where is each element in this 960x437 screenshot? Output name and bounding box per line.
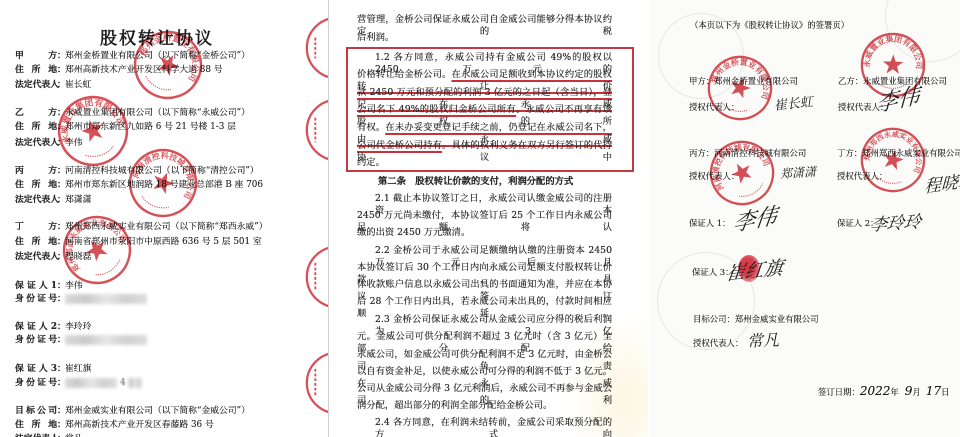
address-label: 住所地 [15, 64, 57, 76]
party-c-signature: 郑潇潇 [779, 164, 816, 182]
colon: ： [57, 194, 65, 206]
target-company-signatory: 目标公司：郑州金威实业有限公司 [693, 313, 819, 325]
clause-2-3-line: 永威公司，如金威公司可供分配利润不足 3 亿元时，由金桥公司负责 [357, 349, 612, 361]
guarantor-3-label: 保证人3 [15, 363, 57, 375]
clause-2-1-line: 2.1 截止本协议签订之日，永威公司认缴金威公司的注册资本 [375, 193, 612, 205]
clause-line: 后利润。 [357, 32, 612, 44]
party-d-row: 丁方：郑州郑西永威实业有限公司（以下简称“郑西永威”） [15, 221, 268, 233]
party-a-rep: 崔长虹 [65, 79, 91, 91]
colon: ： [57, 165, 65, 177]
colon: ： [57, 79, 65, 91]
guarantor-3-name: 崔红旗 [65, 363, 91, 375]
signing-date: 签订日期：2022年9月17日 [818, 385, 949, 398]
clause-2-1-line: 缴的出资 2450 万元缴清。 [357, 227, 612, 239]
party-a-rep-row: 法定代表人：崔长虹 [15, 79, 91, 91]
colon: ： [57, 363, 65, 375]
party-a-label: 甲方 [15, 50, 57, 62]
party-c-rep-row: 法定代表人：郑潇潇 [15, 194, 91, 206]
clause-2-3-line: 润分配，超出部分的利润全部分配给金桥公司。 [357, 400, 612, 412]
colon: ： [57, 377, 65, 389]
target-company-label: 目标公司 [15, 405, 57, 417]
rep-label: 法定代表人 [15, 433, 57, 437]
seam-seal-icon [304, 15, 329, 81]
redacted-id-number [65, 294, 147, 304]
redacted-id-number [65, 335, 147, 345]
clause-2-2-line: 后 28 个工作日内出具，若永威公司未出具的，付款时间相应顺延。 [357, 296, 612, 308]
party-a-label: 甲方 [689, 76, 706, 86]
rep-label: 法定代表人 [15, 251, 57, 263]
target-company-row: 目标公司：郑州金威实业有限公司（以下简称“金威公司”） [15, 405, 250, 417]
guarantor-1-label: 保证人1 [15, 280, 57, 292]
target-address: 郑州高新技术产业开发区春藤路 36 号 [65, 419, 214, 431]
clause-2-4-line: 2.4 各方同意，在利润未结转前，金威公司采取预分配的方式向 [375, 417, 612, 429]
seam-seal-icon [304, 97, 329, 163]
colon: ： [57, 419, 65, 431]
date-day: 17 [926, 384, 941, 398]
seam-seal-icon [304, 350, 329, 416]
clause-1-2-line: 款 2450 万元和预分配的利润 3 亿元的之日起（含当日），登记在永威 [357, 87, 612, 99]
clause-line: 营管理，金桥公司保证永威公司自金威公司能够分得本协议约定的税 [357, 14, 612, 26]
party-d-label: 丁方 [15, 221, 57, 233]
article-2-heading: 第二条 股权转让价款的支付，利润分配的方式 [378, 176, 573, 188]
signature-page: （本页以下为《股权转让协议》的签署页） 甲方：郑州金桥置业有限公司 乙方：永威置… [650, 0, 960, 437]
guarantor-3-signature: 崔红旗 [725, 257, 785, 285]
agreement-clause-page: 营管理，金桥公司保证永威公司自金威公司能够分得本协议约定的税 后利润。 1.2 … [330, 0, 648, 437]
clause-2-1-line: 2450 万元尚未缴付，本协议签订后 25 个工作日内永威公司足额将认 [357, 210, 612, 222]
clause-1-2-line: 价格转让给金桥公司。在永威公司足额收到本协议约定的股权转让价 [357, 69, 612, 81]
target-rep-row: 授权代表人： [693, 337, 743, 349]
colon: ： [57, 179, 65, 191]
underlined-text: 公司代金桥公司持有 [357, 140, 442, 151]
redacted-id-number [65, 378, 117, 388]
target-rep-row: 法定代表人：常凡 [15, 433, 83, 437]
party-a-signature: 崔长虹 [773, 95, 813, 115]
target-company-name: 郑州金威实业有限公司 [735, 314, 819, 324]
colon: ： [57, 50, 65, 62]
guarantor-1-id-row: 身份证号： [15, 293, 65, 305]
guarantor-2-id-row: 身份证号： [15, 334, 65, 346]
company-seal-icon: 郑州郑西永威实业有限公司 [852, 119, 934, 201]
clause-1-2-line: 公司代金桥公司持有。具体的权利义务在双方另行签订的代持协议中 [357, 140, 612, 152]
clause-2-2-line: 2.2 金桥公司于永威公司足额缴纳认缴的注册资本 2450 万元后且 [375, 245, 612, 257]
clause-1-2-line: 有权。在未办妥变更登记手续之前，仍登记在永威公司名下，由永威 [357, 122, 612, 134]
party-c-label: 丙方 [15, 165, 57, 177]
clause-2-3-line: 2.3 金桥公司保证永威公司从金威公司应分得的税后利润为 3 亿 [375, 314, 612, 326]
svg-text:河南清控科技城有限公司: 河南清控科技城有限公司 [699, 131, 772, 194]
clause-1-2-line: 公司名下 49%的股权归金桥公司所有。永威公司不再享有该股权的所 [357, 104, 612, 116]
target-rep-signature: 常凡 [747, 331, 780, 351]
party-c-rep: 郑潇潇 [65, 194, 91, 206]
party-b-label: 乙方 [838, 76, 855, 86]
seam-seal-icon [304, 244, 329, 310]
clause-2-3-line: 元。金威公司可供分配利润不超过 3 亿元时（含 3 亿元）全部分配给 [357, 331, 612, 343]
clause-1-2-line: 约定。 [357, 157, 612, 169]
guarantor-2-name: 李玲玲 [65, 321, 91, 333]
id-label: 身份证号 [15, 334, 57, 346]
rep-label: 法定代表人 [15, 137, 57, 149]
agreement-first-page: 股权转让协议 甲方：郑州金桥置业有限公司（以下简称“金桥公司”） 住所地：郑州高… [0, 0, 329, 437]
signature-page-header: （本页以下为《股权转让协议》的签署页） [690, 19, 849, 31]
clause-2-2-line: 体收款账户信息以永威公司出具的书面通知为准，并应在本协议签订 [357, 279, 612, 291]
colon: ： [57, 293, 65, 305]
guarantor-1-sign-row: 保证人 1： [689, 217, 731, 229]
clause-2-3-line: 以自有资金补足，以使永威公司可分得的利润不低于 3 亿元。在永威 [357, 366, 612, 378]
target-address-row: 住所地：郑州高新技术产业开发区春藤路 36 号 [15, 419, 214, 431]
date-year: 2022 [860, 384, 891, 398]
id-label: 身份证号 [15, 293, 57, 305]
guarantor-3-id-row: 身份证号： [15, 377, 65, 389]
underlined-text: 公司名下 49%的股权归金桥公司所有 [357, 104, 516, 115]
target-rep: 常凡 [65, 433, 83, 437]
address-label: 住所地 [15, 419, 57, 431]
id-label: 身份证号 [15, 377, 57, 389]
guarantor-1-row: 保证人1：李伟 [15, 280, 83, 292]
guarantor-3-row: 保证人3：崔红旗 [15, 363, 91, 375]
svg-text:郑州郑西永威实业有限公司: 郑州郑西永威实业有限公司 [52, 205, 130, 276]
company-seal-icon: 永威置业集团有限公司 [46, 84, 139, 177]
guarantor-2-row: 保证人2：李玲玲 [15, 321, 91, 333]
colon: ： [57, 334, 65, 346]
clause-2-2-line: 本协议签订后 30 个工作日内向永威公司足额支付股权转让价款，具 [357, 262, 612, 274]
guarantor-2-label: 保证人2 [15, 321, 57, 333]
colon: ： [57, 64, 65, 76]
clause-1-2-line: 1.2 各方同意，永威公司持有金威公司 49%的股权以 2450 万元的 [375, 52, 612, 64]
colon: ： [57, 280, 65, 292]
target-company-name: 郑州金威实业有限公司（以下简称“金威公司”） [65, 405, 250, 417]
clause-2-3-line: 公司从金威公司分得 3 亿元利润后，永威公司不再参与金威公司的利 [357, 383, 612, 395]
colon: ： [57, 405, 65, 417]
id-visible-fragment: 4 [120, 377, 126, 389]
guarantor-2-signature: 李玲玲 [869, 212, 923, 236]
colon: ： [57, 321, 65, 333]
party-d-label: 丁方 [837, 148, 854, 158]
party-d-signature: 程晓磊 [924, 170, 960, 197]
colon: ： [57, 433, 65, 437]
rep-label: 法定代表人 [15, 79, 57, 91]
rep-label: 法定代表人 [15, 194, 57, 206]
redacted-id-number [128, 378, 142, 388]
address-label: 住所地 [15, 179, 57, 191]
